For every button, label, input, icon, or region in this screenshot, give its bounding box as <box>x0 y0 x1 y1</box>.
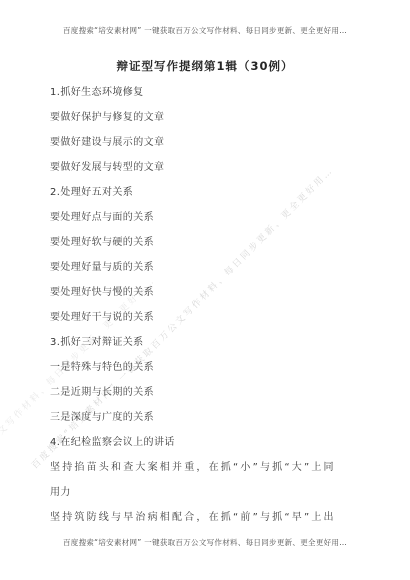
outline-section-4-heading: 4.在纪检监察会议上的讲话 <box>50 430 380 455</box>
document-title: 辩证型写作提纲第1辑（30例） <box>0 58 410 74</box>
outline-content: 1.抓好生态环境修复 要做好保护与修复的文章 要做好建设与展示的文章 要做好发展… <box>50 80 380 530</box>
outline-section-1-heading: 1.抓好生态环境修复 <box>50 80 380 105</box>
document-page: 百度搜索“培安素材网” 一键获取百万公文写作材料、每日同步更新、更全更好用… 百… <box>0 0 410 580</box>
outline-section-3-heading: 3.抓好三对辩证关系 <box>50 330 380 355</box>
page-footer-note: 百度搜索“培安素材网” 一键获取百万公文写作材料、每日同步更新、更全更好用… <box>0 537 410 548</box>
outline-section-2-item-1: 要处理好点与面的关系 <box>50 205 380 230</box>
outline-section-3-item-3: 三是深度与广度的关系 <box>50 405 380 430</box>
outline-section-4-item-1-continuation: 用力 <box>50 480 380 505</box>
outline-section-2-item-4: 要处理好快与慢的关系 <box>50 280 380 305</box>
page-header-note: 百度搜索“培安素材网” 一键获取百万公文写作材料、每日同步更新、更全更好用… <box>0 25 410 36</box>
outline-section-3-item-2: 二是近期与长期的关系 <box>50 380 380 405</box>
outline-section-2-item-3: 要处理好量与质的关系 <box>50 255 380 280</box>
outline-section-2-heading: 2.处理好五对关系 <box>50 180 380 205</box>
outline-section-4-item-1: 坚持掐苗头和查大案相并重，在抓“小”与抓“大”上同 <box>50 455 380 480</box>
outline-section-1-item-2: 要做好建设与展示的文章 <box>50 130 380 155</box>
outline-section-2-item-2: 要处理好软与硬的关系 <box>50 230 380 255</box>
outline-section-1-item-3: 要做好发展与转型的文章 <box>50 155 380 180</box>
outline-section-3-item-1: 一是特殊与特色的关系 <box>50 355 380 380</box>
outline-section-4-item-2: 坚持筑防线与早治病相配合，在抓“前”与抓“早”上出 <box>50 505 380 530</box>
outline-section-1-item-1: 要做好保护与修复的文章 <box>50 105 380 130</box>
outline-section-2-item-5: 要处理好干与说的关系 <box>50 305 380 330</box>
